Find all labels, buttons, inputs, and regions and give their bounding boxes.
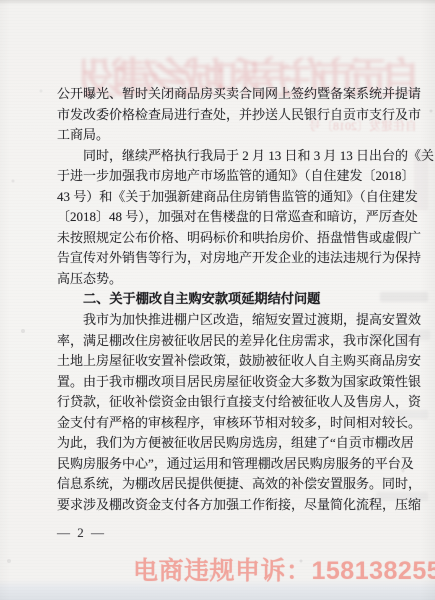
- document-line: 未按照规定公布价格、明码标价和哄抬房价、捂盘惜售或虚假广: [57, 228, 410, 249]
- document-line: 高压态势。: [57, 269, 410, 290]
- document-line: 市发改委价格检查局进行查处，并抄送人民银行自贡市支行及市: [57, 105, 410, 126]
- scan-noise-specks: [0, 0, 2, 2]
- document-line: 置。由于我市棚改项目居民房屋征收资金大多数为国家政策性银: [57, 372, 410, 393]
- document-line: 要求涉及棚改资金支付各方加强工作衔接，尽量简化流程，压缩: [57, 495, 410, 516]
- document-line: 〔2018〕48 号），加强对在售楼盘的日常巡查和暗访，严厉查处: [57, 207, 410, 228]
- document-line: 二、关于棚改自主购安款项延期结付问题: [57, 289, 410, 310]
- document-line: 告宣传对外销售等行为，对房地产开发企业的违法违规行为保持: [57, 248, 410, 269]
- document-line: 民购房服务中心”，通过运用和管理棚改居民购房服务的平台及: [57, 454, 410, 475]
- scanned-document-page: { "page": { "description": "Scanned page…: [0, 0, 435, 600]
- document-line: 于进一步加强我市房地产市场监管的通知》（自住建发〔2018〕: [57, 166, 410, 187]
- document-line: 金支付有严格的审核程序，审核环节相对较多，时间相对较长。: [57, 413, 410, 434]
- document-line: 信息系统，为棚改居民提供便捷、高效的补偿安置服务。同时，: [57, 474, 410, 495]
- document-line: 行贷款，征收补偿资金由银行直接支付给被征收人及售房人，资: [57, 392, 410, 413]
- document-line: 为此，我们为方便被征收居民购房选房，组建了“自贡市棚改居: [57, 433, 410, 454]
- document-line: 工商局。: [57, 125, 410, 146]
- document-line: 43 号）和《关于加强新建商品住房销售监管的通知》（自住建发: [57, 187, 410, 208]
- document-line: 率，满足棚改住房被征收居民的差异化住房需求，我市深化国有: [57, 331, 410, 352]
- document-line: 公开曝光、暂时关闭商品房买卖合同网上签约暨备案系统并提请: [57, 84, 410, 105]
- document-line: 土地上房屋征收安置补偿政策，鼓励被征收人自主购买商品房安: [57, 351, 410, 372]
- document-line: 我市为加快推进棚户区改造，缩短安置过渡期，提高安置效: [57, 310, 410, 331]
- document-body: 公开曝光、暂时关闭商品房买卖合同网上签约暨备案系统并提请市发改委价格检查局进行查…: [57, 84, 410, 515]
- page-number: — 2 —: [57, 525, 106, 541]
- document-line: 同时，继续严格执行我局于 2 月 13 日和 3 月 13 日出台的《关: [57, 146, 410, 167]
- seller-watermark: 电商违规申诉：15813825595: [133, 551, 435, 587]
